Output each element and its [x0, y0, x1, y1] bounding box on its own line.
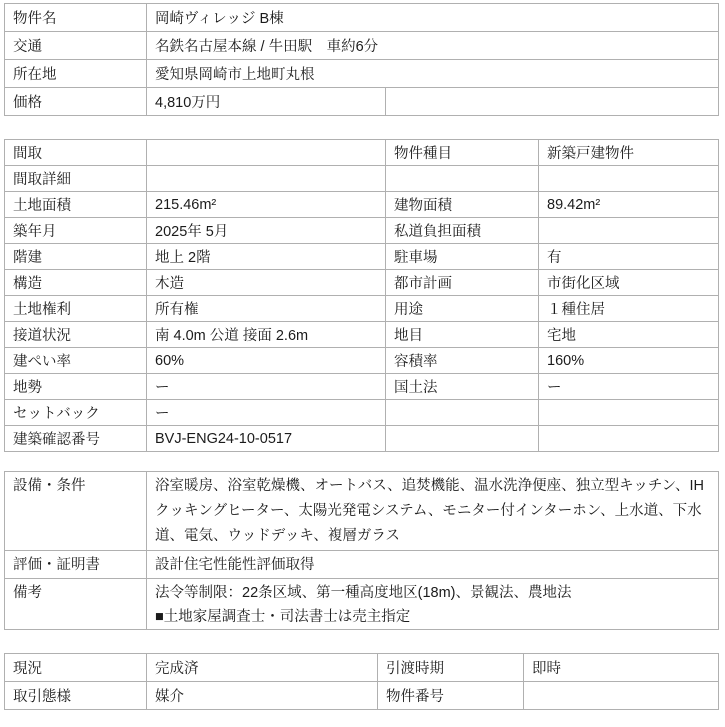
cell-label: 引渡時期 — [378, 654, 524, 682]
cell-label: 間取詳細 — [5, 166, 147, 192]
row-land-rights: 土地権利 所有権 用途 １種住居 — [5, 296, 719, 322]
cell-value: 名鉄名古屋本線 / 牛田駅 車約6分 — [147, 32, 719, 60]
cell-value: 岡崎ヴィレッジ B棟 — [147, 4, 719, 32]
cell-value: 設計住宅性能性評価取得 — [147, 551, 719, 579]
row-facilities: 設備・条件 浴室暖房、浴室乾燥機、オートバス、追焚機能、温水洗浄便座、独立型キッ… — [5, 472, 719, 551]
row-remarks: 備考 法令等制限：22条区域、第一種高度地区(18m)、景観法、農地法 ■土地家… — [5, 579, 719, 630]
cell-value: ー — [539, 374, 719, 400]
facilities-table: 設備・条件 浴室暖房、浴室乾燥機、オートバス、追焚機能、温水洗浄便座、独立型キッ… — [4, 471, 719, 630]
cell-value — [539, 426, 719, 452]
cell-value: 160% — [539, 348, 719, 374]
row-floorplan-detail: 間取詳細 — [5, 166, 719, 192]
cell-value: 地上 2階 — [147, 244, 386, 270]
cell-value: １種住居 — [539, 296, 719, 322]
cell-label: 所在地 — [5, 60, 147, 88]
cell-label: 土地面積 — [5, 192, 147, 218]
cell-value — [147, 166, 386, 192]
row-transaction-type: 取引態様 媒介 物件番号 — [5, 682, 719, 710]
cell-label: セットバック — [5, 400, 147, 426]
cell-label: 地勢 — [5, 374, 147, 400]
cell-value: 南 4.0m 公道 接面 2.6m — [147, 322, 386, 348]
cell-value: 浴室暖房、浴室乾燥機、オートバス、追焚機能、温水洗浄便座、独立型キッチン、IHク… — [147, 472, 719, 551]
cell-label: 駐車場 — [386, 244, 539, 270]
cell-label — [386, 426, 539, 452]
summary-table: 物件名 岡崎ヴィレッジ B棟 交通 名鉄名古屋本線 / 牛田駅 車約6分 所在地… — [4, 3, 719, 116]
row-price: 価格 4,810万円 — [5, 88, 719, 116]
row-stories: 階建 地上 2階 駐車場 有 — [5, 244, 719, 270]
row-floorplan: 間取 物件種目 新築戸建物件 — [5, 140, 719, 166]
cell-label: 間取 — [5, 140, 147, 166]
cell-value: 所有権 — [147, 296, 386, 322]
cell-label — [386, 166, 539, 192]
cell-label: 現況 — [5, 654, 147, 682]
row-certification: 評価・証明書 設計住宅性能性評価取得 — [5, 551, 719, 579]
cell-label: 構造 — [5, 270, 147, 296]
cell-label: 接道状況 — [5, 322, 147, 348]
cell-value: 法令等制限：22条区域、第一種高度地区(18m)、景観法、農地法 ■土地家屋調査… — [147, 579, 719, 630]
cell-value: 市街化区域 — [539, 270, 719, 296]
cell-label: 建ぺい率 — [5, 348, 147, 374]
cell-label: 設備・条件 — [5, 472, 147, 551]
cell-label: 土地権利 — [5, 296, 147, 322]
row-building-confirmation: 建築確認番号 BVJ-ENG24-10-0517 — [5, 426, 719, 452]
cell-value: 木造 — [147, 270, 386, 296]
row-land-area: 土地面積 215.46m² 建物面積 89.42m² — [5, 192, 719, 218]
details-table: 間取 物件種目 新築戸建物件 間取詳細 土地面積 215.46m² 建物面積 8… — [4, 139, 719, 452]
cell-empty — [386, 88, 719, 116]
cell-value: 愛知県岡崎市上地町丸根 — [147, 60, 719, 88]
row-coverage-ratio: 建ぺい率 60% 容積率 160% — [5, 348, 719, 374]
cell-label: 取引態様 — [5, 682, 147, 710]
cell-label: 物件番号 — [378, 682, 524, 710]
cell-label: 交通 — [5, 32, 147, 60]
cell-label: 地目 — [386, 322, 539, 348]
cell-value: 215.46m² — [147, 192, 386, 218]
cell-label: 用途 — [386, 296, 539, 322]
row-structure: 構造 木造 都市計画 市街化区域 — [5, 270, 719, 296]
cell-value: 新築戸建物件 — [539, 140, 719, 166]
cell-label — [386, 400, 539, 426]
cell-label: 価格 — [5, 88, 147, 116]
cell-value: ー — [147, 400, 386, 426]
cell-value: 媒介 — [147, 682, 378, 710]
row-built-date: 築年月 2025年 5月 私道負担面積 — [5, 218, 719, 244]
cell-label: 階建 — [5, 244, 147, 270]
cell-value: ー — [147, 374, 386, 400]
property-detail-page: 物件名 岡崎ヴィレッジ B棟 交通 名鉄名古屋本線 / 牛田駅 車約6分 所在地… — [0, 0, 725, 727]
row-road-access: 接道状況 南 4.0m 公道 接面 2.6m 地目 宅地 — [5, 322, 719, 348]
cell-label: 建物面積 — [386, 192, 539, 218]
cell-value: 89.42m² — [539, 192, 719, 218]
cell-value: 宅地 — [539, 322, 719, 348]
cell-label: 建築確認番号 — [5, 426, 147, 452]
row-current-status: 現況 完成済 引渡時期 即時 — [5, 654, 719, 682]
row-topography: 地勢 ー 国土法 ー — [5, 374, 719, 400]
cell-value — [524, 682, 719, 710]
cell-label: 築年月 — [5, 218, 147, 244]
cell-value — [147, 140, 386, 166]
cell-value — [539, 218, 719, 244]
cell-value: 2025年 5月 — [147, 218, 386, 244]
cell-label: 物件種目 — [386, 140, 539, 166]
row-address: 所在地 愛知県岡崎市上地町丸根 — [5, 60, 719, 88]
row-transit: 交通 名鉄名古屋本線 / 牛田駅 車約6分 — [5, 32, 719, 60]
cell-value: 4,810万円 — [147, 88, 386, 116]
status-table: 現況 完成済 引渡時期 即時 取引態様 媒介 物件番号 — [4, 653, 719, 710]
remarks-line-2: ■土地家屋調査士・司法書士は売主指定 — [155, 605, 710, 629]
remarks-line-1: 法令等制限：22条区域、第一種高度地区(18m)、景観法、農地法 — [155, 581, 710, 605]
cell-value — [539, 400, 719, 426]
cell-value: 60% — [147, 348, 386, 374]
cell-label: 備考 — [5, 579, 147, 630]
cell-label: 評価・証明書 — [5, 551, 147, 579]
cell-label: 容積率 — [386, 348, 539, 374]
cell-value: 有 — [539, 244, 719, 270]
row-property-name: 物件名 岡崎ヴィレッジ B棟 — [5, 4, 719, 32]
cell-value — [539, 166, 719, 192]
cell-value: 完成済 — [147, 654, 378, 682]
cell-label: 国土法 — [386, 374, 539, 400]
cell-label: 都市計画 — [386, 270, 539, 296]
row-setback: セットバック ー — [5, 400, 719, 426]
property-detail-sheet: 物件名 岡崎ヴィレッジ B棟 交通 名鉄名古屋本線 / 牛田駅 車約6分 所在地… — [4, 3, 718, 710]
cell-value: 即時 — [524, 654, 719, 682]
cell-value: BVJ-ENG24-10-0517 — [147, 426, 386, 452]
cell-label: 私道負担面積 — [386, 218, 539, 244]
cell-label: 物件名 — [5, 4, 147, 32]
